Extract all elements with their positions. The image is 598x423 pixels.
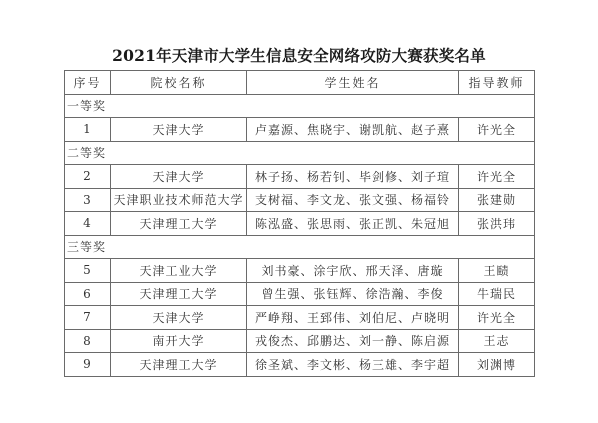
- cell-advisor: 王赜: [459, 259, 535, 283]
- cell-school: 天津大学: [111, 118, 247, 142]
- header-students: 学生姓名: [247, 71, 459, 95]
- cell-advisor: 许光全: [459, 306, 535, 330]
- section-row-third-prize: 三等奖: [65, 235, 535, 259]
- awards-table: 序号 院校名称 学生姓名 指导教师 一等奖 1 天津大学 卢嘉源、焦晓宇、谢凯航…: [64, 70, 535, 377]
- cell-advisor: 牛瑞民: [459, 282, 535, 306]
- section-label: 二等奖: [65, 141, 535, 165]
- header-school: 院校名称: [111, 71, 247, 95]
- cell-students: 戎俊杰、邱鹏达、刘一静、陈启源: [247, 329, 459, 353]
- cell-school: 天津职业技术师范大学: [111, 188, 247, 212]
- table-row: 7 天津大学 严峥翔、王郅伟、刘伯尼、卢晓明 许光全: [65, 306, 535, 330]
- cell-school: 天津理工大学: [111, 282, 247, 306]
- cell-students: 卢嘉源、焦晓宇、谢凯航、赵子熹: [247, 118, 459, 142]
- section-label: 三等奖: [65, 235, 535, 259]
- cell-students: 陈泓盛、张思雨、张正凯、朱冠旭: [247, 212, 459, 236]
- cell-no: 2: [65, 165, 111, 189]
- section-row-second-prize: 二等奖: [65, 141, 535, 165]
- cell-advisor: 刘渊博: [459, 353, 535, 377]
- cell-no: 7: [65, 306, 111, 330]
- cell-advisor: 王志: [459, 329, 535, 353]
- table-row: 9 天津理工大学 徐圣斌、李文彬、杨三雄、李宇超 刘渊博: [65, 353, 535, 377]
- cell-no: 4: [65, 212, 111, 236]
- cell-advisor: 许光全: [459, 118, 535, 142]
- table-row: 4 天津理工大学 陈泓盛、张思雨、张正凯、朱冠旭 张洪玮: [65, 212, 535, 236]
- cell-students: 徐圣斌、李文彬、杨三雄、李宇超: [247, 353, 459, 377]
- cell-students: 支树福、李文龙、张文强、杨福铃: [247, 188, 459, 212]
- cell-no: 1: [65, 118, 111, 142]
- cell-no: 3: [65, 188, 111, 212]
- table-row: 6 天津理工大学 曾生强、张钰辉、徐浩瀚、李俊 牛瑞民: [65, 282, 535, 306]
- cell-students: 严峥翔、王郅伟、刘伯尼、卢晓明: [247, 306, 459, 330]
- cell-school: 天津理工大学: [111, 212, 247, 236]
- cell-school: 天津大学: [111, 306, 247, 330]
- cell-no: 6: [65, 282, 111, 306]
- document-title: 2021年天津市大学生信息安全网络攻防大赛获奖名单: [0, 44, 598, 66]
- table-header-row: 序号 院校名称 学生姓名 指导教师: [65, 71, 535, 95]
- cell-no: 8: [65, 329, 111, 353]
- cell-no: 5: [65, 259, 111, 283]
- header-no: 序号: [65, 71, 111, 95]
- cell-students: 曾生强、张钰辉、徐浩瀚、李俊: [247, 282, 459, 306]
- cell-students: 刘书豪、涂宇欣、邢天泽、唐璇: [247, 259, 459, 283]
- cell-advisor: 张洪玮: [459, 212, 535, 236]
- cell-advisor: 许光全: [459, 165, 535, 189]
- cell-no: 9: [65, 353, 111, 377]
- header-advisor: 指导教师: [459, 71, 535, 95]
- table-row: 3 天津职业技术师范大学 支树福、李文龙、张文强、杨福铃 张建勋: [65, 188, 535, 212]
- cell-school: 天津理工大学: [111, 353, 247, 377]
- cell-school: 天津大学: [111, 165, 247, 189]
- cell-school: 天津工业大学: [111, 259, 247, 283]
- table-row: 2 天津大学 林子扬、杨若钊、毕剑修、刘子瑄 许光全: [65, 165, 535, 189]
- section-row-first-prize: 一等奖: [65, 94, 535, 118]
- cell-school: 南开大学: [111, 329, 247, 353]
- section-label: 一等奖: [65, 94, 535, 118]
- table-row: 8 南开大学 戎俊杰、邱鹏达、刘一静、陈启源 王志: [65, 329, 535, 353]
- table-row: 1 天津大学 卢嘉源、焦晓宇、谢凯航、赵子熹 许光全: [65, 118, 535, 142]
- cell-students: 林子扬、杨若钊、毕剑修、刘子瑄: [247, 165, 459, 189]
- cell-advisor: 张建勋: [459, 188, 535, 212]
- table-row: 5 天津工业大学 刘书豪、涂宇欣、邢天泽、唐璇 王赜: [65, 259, 535, 283]
